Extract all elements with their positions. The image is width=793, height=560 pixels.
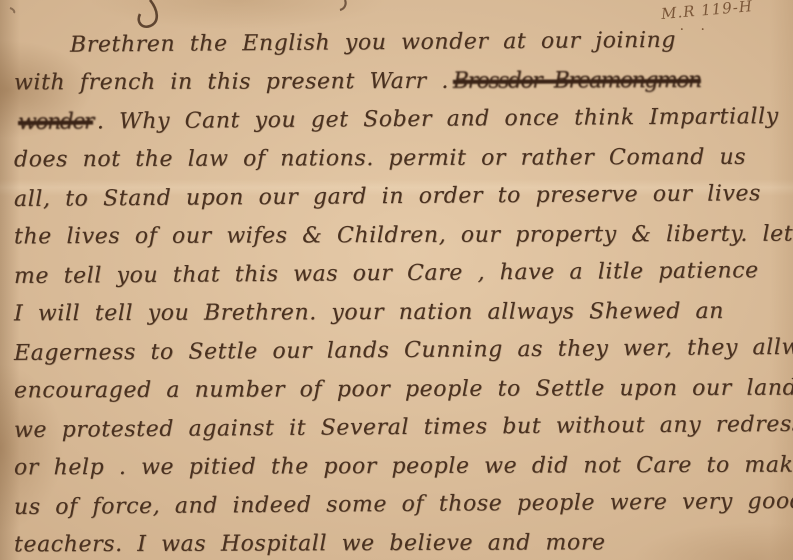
manuscript-line: encouraged a number of poor people to Se…: [14, 369, 787, 410]
line-text: all, to Stand upon our gard in order to …: [14, 181, 761, 212]
line-text: Eagerness to Settle our lands Cunning as…: [14, 335, 793, 366]
manuscript-line: or help . we pitied the poor people we d…: [14, 446, 787, 487]
archival-mark: M.R 119-H: [660, 0, 753, 23]
line-text: does not the law of nations. permit or r…: [14, 144, 746, 172]
manuscript-line: I will tell you Brethren. your nation al…: [14, 292, 787, 333]
line-text: I will tell you Brethren. your nation al…: [14, 298, 724, 325]
manuscript-line: does not the law of nations. permit or r…: [14, 138, 787, 179]
manuscript-page: M.R 119-H · · Brethren the English you w…: [0, 0, 793, 560]
letter-body: Brethren the English you wonder at our j…: [0, 24, 793, 560]
manuscript-line: me tell you that this was our Care , hav…: [14, 252, 787, 297]
line-text: with french in this present Warr .: [14, 68, 449, 95]
crossed-out-scribble: Brossdor Breamongmon: [453, 67, 701, 93]
line-text: or help . we pitied the poor people we d…: [14, 452, 793, 480]
manuscript-line: wonder. Why Cant you get Sober and once …: [14, 98, 787, 143]
line-text: us of force, and indeed some of those pe…: [14, 489, 793, 520]
manuscript-line: us of force, and indeed some of those pe…: [14, 483, 787, 528]
line-text: teachers. I was Hospitall we believe and…: [14, 530, 606, 557]
manuscript-line: Eagerness to Settle our lands Cunning as…: [14, 329, 787, 374]
manuscript-line: Brethren the English you wonder at our j…: [14, 21, 787, 66]
line-text: Brethren the English you wonder at our j…: [70, 28, 676, 58]
manuscript-line: the lives of our wifes & Children, our p…: [14, 215, 787, 256]
manuscript-line: with french in this present Warr .Brossd…: [14, 61, 787, 102]
manuscript-line-clipped: teachers. I was Hospitall we believe and…: [14, 523, 787, 560]
line-text: me tell you that this was our Care , hav…: [14, 258, 759, 289]
line-text: we protested against it Several times bu…: [14, 412, 793, 443]
manuscript-line: we protested against it Several times bu…: [14, 406, 787, 451]
crossed-out-scribble: wonder: [18, 109, 93, 135]
line-text: the lives of our wifes & Children, our p…: [14, 221, 793, 249]
manuscript-line: all, to Stand upon our gard in order to …: [14, 175, 787, 220]
line-text: . Why Cant you get Sober and once think …: [97, 104, 779, 134]
line-text: encouraged a number of poor people to Se…: [14, 375, 793, 403]
